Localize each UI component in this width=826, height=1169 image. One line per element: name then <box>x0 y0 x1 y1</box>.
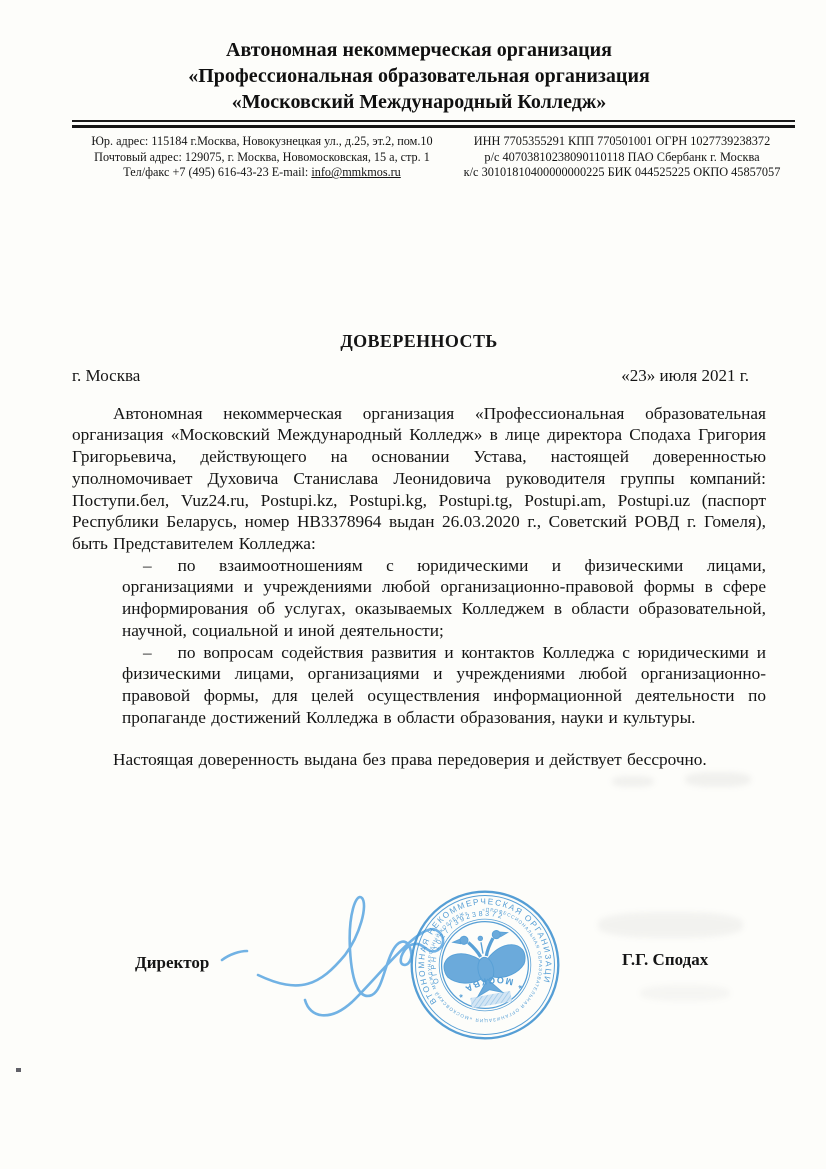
double-eagle-icon <box>439 926 532 1012</box>
bullet-item: –по вопросам содействия развития и конта… <box>122 642 766 729</box>
scan-smudge <box>612 776 654 787</box>
scan-smudge <box>640 985 730 1001</box>
phone-email-line: Тел/факс +7 (495) 616-43-23 E-mail: info… <box>72 165 452 181</box>
org-name-line: Автономная некоммерческая организация <box>72 37 766 63</box>
bank-account: р/с 40703810238090110118 ПАО Сбербанк г.… <box>452 150 792 166</box>
city-label: г. Москва <box>72 366 140 386</box>
bullet-item: –по взаимоотношениям с юридическими и фи… <box>122 555 766 642</box>
organization-stamp: АВТОНОМНАЯ НЕКОММЕРЧЕСКАЯ ОРГАНИЗАЦИЯ «П… <box>390 870 580 1060</box>
org-name-line: «Московский Международный Колледж» <box>72 89 766 115</box>
bullet-dash: – <box>143 556 152 575</box>
scan-smudge <box>598 912 743 938</box>
bullet-text: по вопросам содействия развития и контак… <box>122 643 766 727</box>
email-address: info@mmkmos.ru <box>311 165 400 179</box>
closing-paragraph: Настоящая доверенность выдана без права … <box>72 749 766 771</box>
date-label: «23» июля 2021 г. <box>621 366 766 386</box>
scan-smudge <box>685 772 751 787</box>
phone-fax: Тел/факс +7 (495) 616-43-23 E-mail: <box>123 165 311 179</box>
bullet-dash: – <box>143 643 152 662</box>
signature-stroke <box>222 951 247 960</box>
signer-role-label: Директор <box>135 953 209 973</box>
corr-account-bik-okpo: к/с 30101810400000000225 БИК 044525225 О… <box>452 165 792 181</box>
letterhead-divider <box>72 120 795 128</box>
letterhead-info: Юр. адрес: 115184 г.Москва, Новокузнецка… <box>72 134 792 181</box>
bullet-text: по взаимоотношениям с юридическими и физ… <box>122 556 766 640</box>
document-title: ДОВЕРЕННОСТЬ <box>72 331 766 352</box>
scan-speck <box>16 1068 21 1072</box>
document-page: Автономная некоммерческая организация «П… <box>0 0 826 1169</box>
signer-name-label: Г.Г. Сподах <box>622 950 708 970</box>
letterhead-address-block: Юр. адрес: 115184 г.Москва, Новокузнецка… <box>72 134 452 181</box>
body-paragraph: Автономная некоммерческая организация «П… <box>72 403 766 555</box>
city-date-row: г. Москва «23» июля 2021 г. <box>72 366 766 386</box>
inn-kpp-ogrn: ИНН 7705355291 КПП 770501001 ОГРН 102773… <box>452 134 792 150</box>
postal-address: Почтовый адрес: 129075, г. Москва, Новом… <box>72 150 452 166</box>
org-name-line: «Профессиональная образовательная органи… <box>72 63 766 89</box>
legal-address: Юр. адрес: 115184 г.Москва, Новокузнецка… <box>72 134 452 150</box>
letterhead-org-name: Автономная некоммерческая организация «П… <box>72 37 766 115</box>
letterhead-requisites-block: ИНН 7705355291 КПП 770501001 ОГРН 102773… <box>452 134 792 181</box>
